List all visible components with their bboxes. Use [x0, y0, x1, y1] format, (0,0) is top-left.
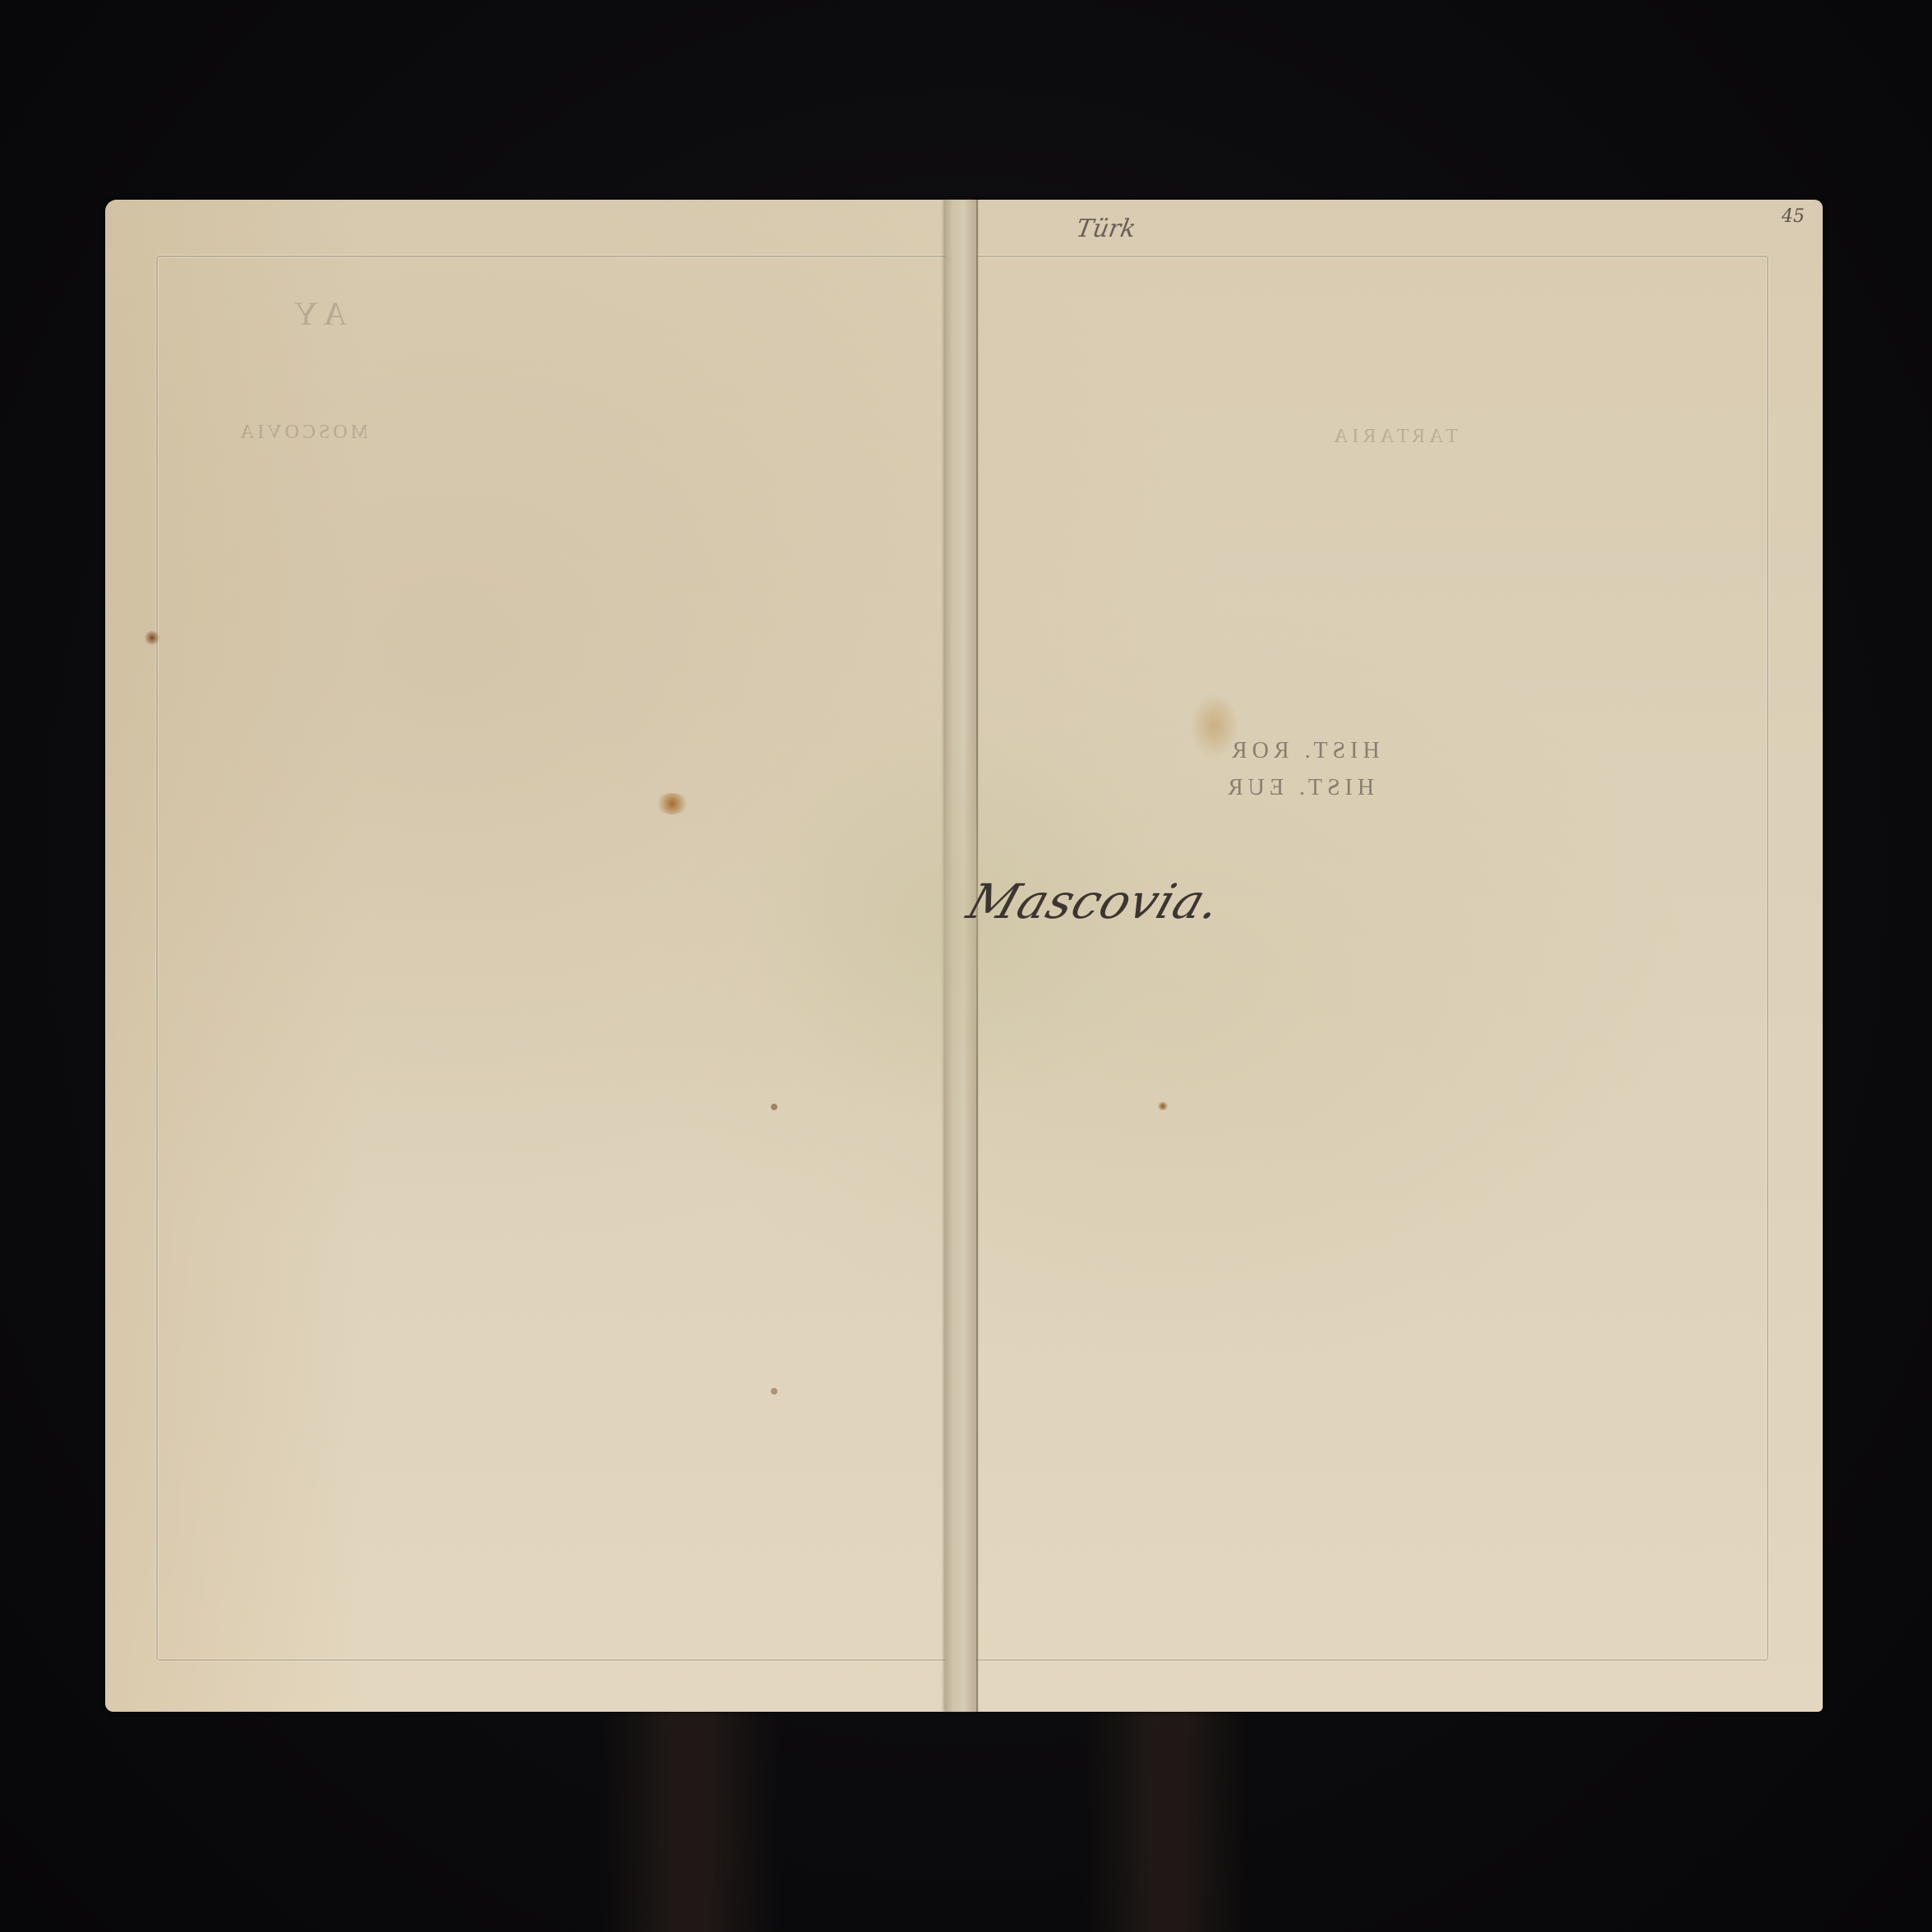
paper-sheet: A Y MOSCOVIA TARTARIA HIST. ROR HIST. EU…	[105, 200, 1823, 1712]
handwritten-title: Mascovia.	[961, 874, 1229, 929]
handwritten-page-number: 45	[1782, 206, 1805, 227]
shadow-right	[1085, 1709, 1249, 1932]
foxing-spot	[656, 793, 689, 814]
show-through-glyph: TARTARIA	[1330, 426, 1458, 448]
show-through-glyph: A Y	[294, 294, 347, 333]
foxing-spot	[145, 630, 159, 645]
show-through-glyph: MOSCOVIA	[237, 422, 368, 444]
foxing-spot	[771, 1388, 777, 1395]
shadow-left	[600, 1709, 781, 1932]
show-through-text: HIST. ROR	[1227, 738, 1380, 764]
foxing-spot	[1157, 1102, 1169, 1110]
foxing-spot	[771, 1104, 777, 1110]
show-through-text: HIST. EUR	[1223, 775, 1374, 801]
handwritten-note: Türk	[1074, 214, 1138, 243]
